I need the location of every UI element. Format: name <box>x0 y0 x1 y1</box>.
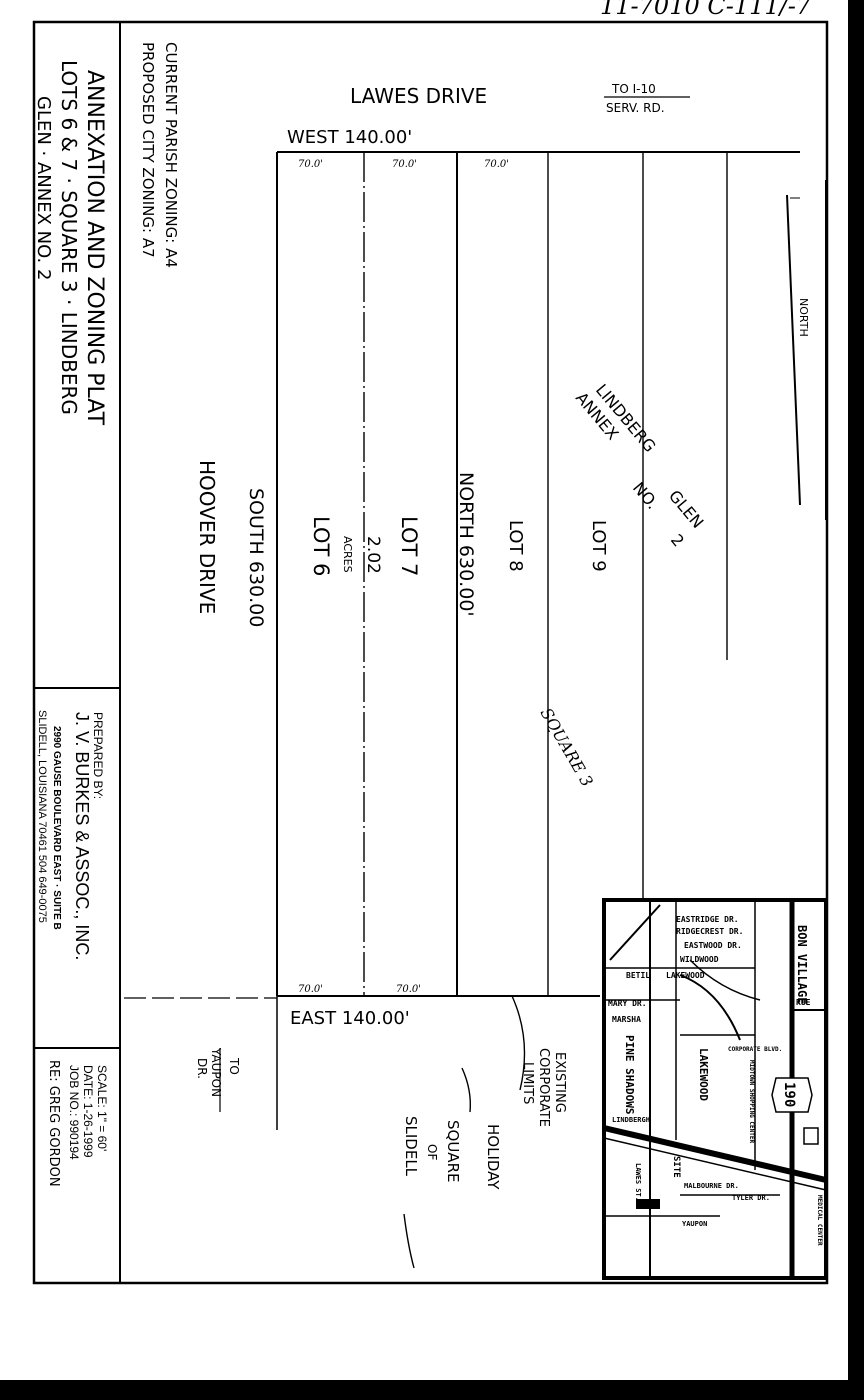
holiday-label-3: OF <box>425 1144 439 1160</box>
map-label-bon-village: BON VILLAGE <box>795 925 809 1004</box>
square-3-label: SQUARE 3 <box>537 705 597 790</box>
svg-text:CURRENT PARISH ZONING: A4: CURRENT PARISH ZONING: A4 <box>162 42 180 268</box>
map-label-tyler: TYLER DR. <box>732 1194 770 1202</box>
title-text: ANNEXATION AND ZONING PLAT <box>82 70 107 426</box>
south-boundary: SOUTH 630.00 <box>245 488 267 627</box>
svg-text:HOOVER DRIVE: HOOVER DRIVE <box>195 460 219 614</box>
holiday-label-2: SQUARE <box>444 1120 462 1182</box>
svg-text:SLIDELL, LOUISIANA 70461 504: SLIDELL, LOUISIANA 70461 504 649-0075 <box>36 710 48 923</box>
holiday-label-4: SLIDELL <box>402 1116 420 1177</box>
svg-text:NO.: NO. <box>629 478 662 512</box>
map-label-wildwood: WILDWOOD <box>680 955 719 964</box>
corporate-limits-1: EXISTING <box>552 1052 567 1113</box>
dim-top-2: 70.0' <box>392 159 417 170</box>
date: DATE: 1-26-1999 <box>81 1065 95 1158</box>
svg-text:2990 GAUSE BOULEVARD EAST · SU: 2990 GAUSE BOULEVARD EAST · SUITE B <box>51 726 62 930</box>
dim-bottom-2: 70.0' <box>396 984 421 995</box>
street-hoover-drive: HOOVER DRIVE <box>195 460 219 614</box>
svg-text:RE: GREG GORDON: RE: GREG GORDON <box>46 1060 61 1187</box>
lot-7-label: LOT 7 <box>397 516 421 576</box>
scale: SCALE: 1" = 60' <box>95 1065 109 1151</box>
to-yaupon-2: YAUPON <box>209 1047 223 1097</box>
map-label-corporate: CORPORATE BLVD. <box>728 1046 782 1053</box>
svg-text:CORPORATE: CORPORATE <box>536 1048 551 1127</box>
svg-text:LOTS 6 & 7 · SQUARE 3 · LINDBE: LOTS 6 & 7 · SQUARE 3 · LINDBERG <box>57 60 81 415</box>
firm-address: 2990 GAUSE BOULEVARD EAST · SUITE B <box>51 726 62 930</box>
plat-drawing: 11-7010 C-111/-7 ANNEXATION AND ZONING P… <box>0 0 864 1400</box>
firm-city: SLIDELL, LOUISIANA 70461 504 649-0075 <box>36 710 48 923</box>
map-label-ridgecrest: RIDGECREST DR. <box>676 927 743 936</box>
svg-text:LOT 9: LOT 9 <box>588 520 609 572</box>
dim-bottom-1: 70.0' <box>298 984 323 995</box>
to-i10-label: TO I-10 <box>611 82 656 96</box>
acres-value: 2.02 <box>363 536 383 574</box>
map-label-lakewood: LAKEWOOD <box>697 1048 710 1101</box>
map-label-malbourne: MALBOURNE DR. <box>684 1182 739 1190</box>
subdivision-label-4: GLEN <box>665 486 707 531</box>
current-zoning: CURRENT PARISH ZONING: A4 <box>162 42 180 268</box>
svg-text:OF: OF <box>425 1144 439 1160</box>
to-yaupon-1: TO <box>227 1057 241 1075</box>
svg-text:LAWES ST.: LAWES ST. <box>634 1163 642 1201</box>
svg-text:ACRES: ACRES <box>341 536 354 573</box>
svg-text:LOT 8: LOT 8 <box>505 520 526 572</box>
svg-text:LAKEWOOD: LAKEWOOD <box>697 1048 710 1101</box>
holiday-bracket-bottom <box>404 1214 414 1268</box>
svg-text:YAUPON: YAUPON <box>209 1047 223 1097</box>
subdivision-label-5: 2 <box>667 530 688 550</box>
vicinity-map: 190 BON VILLAGE PINE SHADOWS LAKEWOOD LA… <box>604 900 826 1278</box>
dim-top-3: 70.0' <box>484 159 509 170</box>
map-label-mary-dr: MARY DR. <box>608 999 647 1008</box>
svg-text:LIMITS: LIMITS <box>520 1062 535 1104</box>
map-label-pine-shadows: PINE SHADOWS <box>623 1035 636 1114</box>
svg-text:MEDICAL CENTER: MEDICAL CENTER <box>816 1195 823 1246</box>
svg-text:EXISTING: EXISTING <box>552 1052 567 1113</box>
svg-text:MIDTOWN SHOPPING CENTER: MIDTOWN SHOPPING CENTER <box>748 1060 755 1143</box>
map-label-site: SITE <box>671 1156 681 1178</box>
map-highway-number: 190 <box>781 1082 797 1107</box>
svg-text:SQUARE 3: SQUARE 3 <box>537 705 597 790</box>
north-boundary: NORTH 630.00' <box>455 472 477 617</box>
map-label-marsha: MARSHA <box>612 1015 641 1024</box>
to-yaupon-3: DR. <box>195 1058 209 1079</box>
firm-name: J. V. BURKES & ASSOC., INC. <box>72 712 92 960</box>
svg-text:SOUTH 630.00: SOUTH 630.00 <box>245 488 267 627</box>
street-lawes-drive: LAWES DRIVE <box>350 84 487 108</box>
map-label-yaupon: YAUPON <box>682 1220 707 1228</box>
prepared-by-label: PREPARED BY: <box>91 712 105 799</box>
svg-text:PROPOSED CITY ZONING: A7: PROPOSED CITY ZONING: A7 <box>139 42 157 258</box>
dim-top-1: 70.0' <box>298 159 323 170</box>
svg-text:SQUARE: SQUARE <box>444 1120 462 1182</box>
svg-text:JOB NO.: 990194: JOB NO.: 990194 <box>67 1065 81 1160</box>
svg-text:GLEN: GLEN <box>665 486 707 531</box>
scan-right-band <box>848 0 864 1400</box>
map-label-lakewood-dr: LAKEWOOD <box>666 971 705 980</box>
svg-text:LOT 7: LOT 7 <box>397 516 421 576</box>
map-label-medical: MEDICAL CENTER <box>816 1195 823 1246</box>
map-label-eastwood: EASTWOOD DR. <box>684 941 742 950</box>
svg-text:SCALE: 1" = 60': SCALE: 1" = 60' <box>95 1065 109 1151</box>
svg-text:TO: TO <box>227 1057 241 1075</box>
svg-text:2.02: 2.02 <box>363 536 383 574</box>
holiday-bracket-top <box>462 1068 470 1112</box>
re-client: RE: GREG GORDON <box>46 1060 61 1187</box>
svg-text:HOLIDAY: HOLIDAY <box>484 1124 502 1190</box>
svg-text:DATE: 1-26-1999: DATE: 1-26-1999 <box>81 1065 95 1158</box>
east-boundary: EAST 140.00' <box>290 1008 410 1029</box>
svg-text:NORTH 630.00': NORTH 630.00' <box>455 472 477 617</box>
north-arrow-line <box>787 195 800 505</box>
map-label-midtown: MIDTOWN SHOPPING CENTER <box>748 1060 755 1143</box>
proposed-zoning: PROPOSED CITY ZONING: A7 <box>139 42 157 258</box>
svg-text:SLIDELL: SLIDELL <box>402 1116 420 1177</box>
lot-9-label: LOT 9 <box>588 520 609 572</box>
acres-label: ACRES <box>341 536 354 573</box>
svg-text:ANNEXATION AND ZONING PLAT: ANNEXATION AND ZONING PLAT <box>82 70 107 426</box>
map-label-eastridge: EASTRIDGE DR. <box>676 915 739 924</box>
holiday-label-1: HOLIDAY <box>484 1124 502 1190</box>
map-label-lindbergh: LINDBERGH <box>612 1116 650 1124</box>
corporate-limits-3: LIMITS <box>520 1062 535 1104</box>
subtitle-text: LOTS 6 & 7 · SQUARE 3 · LINDBERG <box>57 60 81 415</box>
lot-8-label: LOT 8 <box>505 520 526 572</box>
job-number: JOB NO.: 990194 <box>67 1065 81 1160</box>
subdivision-label-3: NO. <box>629 478 662 512</box>
svg-text:DR.: DR. <box>195 1058 209 1079</box>
map-label-rue: RUE <box>796 998 811 1007</box>
interstate-shield-icon <box>804 1128 818 1144</box>
page-background: 11-7010 C-111/-7 ANNEXATION AND ZONING P… <box>0 0 864 1400</box>
west-boundary: WEST 140.00' <box>287 127 412 148</box>
svg-text:190: 190 <box>781 1082 797 1107</box>
svg-text:J. V. BURKES & ASSOC., INC.: J. V. BURKES & ASSOC., INC. <box>72 712 92 960</box>
serv-rd-label: SERV. RD. <box>606 101 665 115</box>
svg-text:PINE SHADOWS: PINE SHADOWS <box>623 1035 636 1114</box>
north-label: NORTH <box>797 298 810 337</box>
file-number: 11-7010 C-111/-7 <box>600 0 812 20</box>
map-label-lawes-st: LAWES ST. <box>634 1163 642 1201</box>
svg-text:SITE: SITE <box>671 1156 681 1178</box>
scan-bottom-band <box>0 1380 864 1400</box>
svg-text:GLEN · ANNEX NO. 2: GLEN · ANNEX NO. 2 <box>33 96 54 280</box>
svg-text:BON VILLAGE: BON VILLAGE <box>795 925 809 1004</box>
subtitle2-text: GLEN · ANNEX NO. 2 <box>33 96 54 280</box>
svg-text:NORTH: NORTH <box>797 298 810 337</box>
corporate-limits-2: CORPORATE <box>536 1048 551 1127</box>
map-label-betil: BETIL <box>626 971 650 980</box>
svg-text:2: 2 <box>667 530 688 550</box>
svg-text:PREPARED BY:: PREPARED BY: <box>91 712 105 799</box>
lot-6-label: LOT 6 <box>309 516 333 576</box>
svg-text:LOT 6: LOT 6 <box>309 516 333 576</box>
